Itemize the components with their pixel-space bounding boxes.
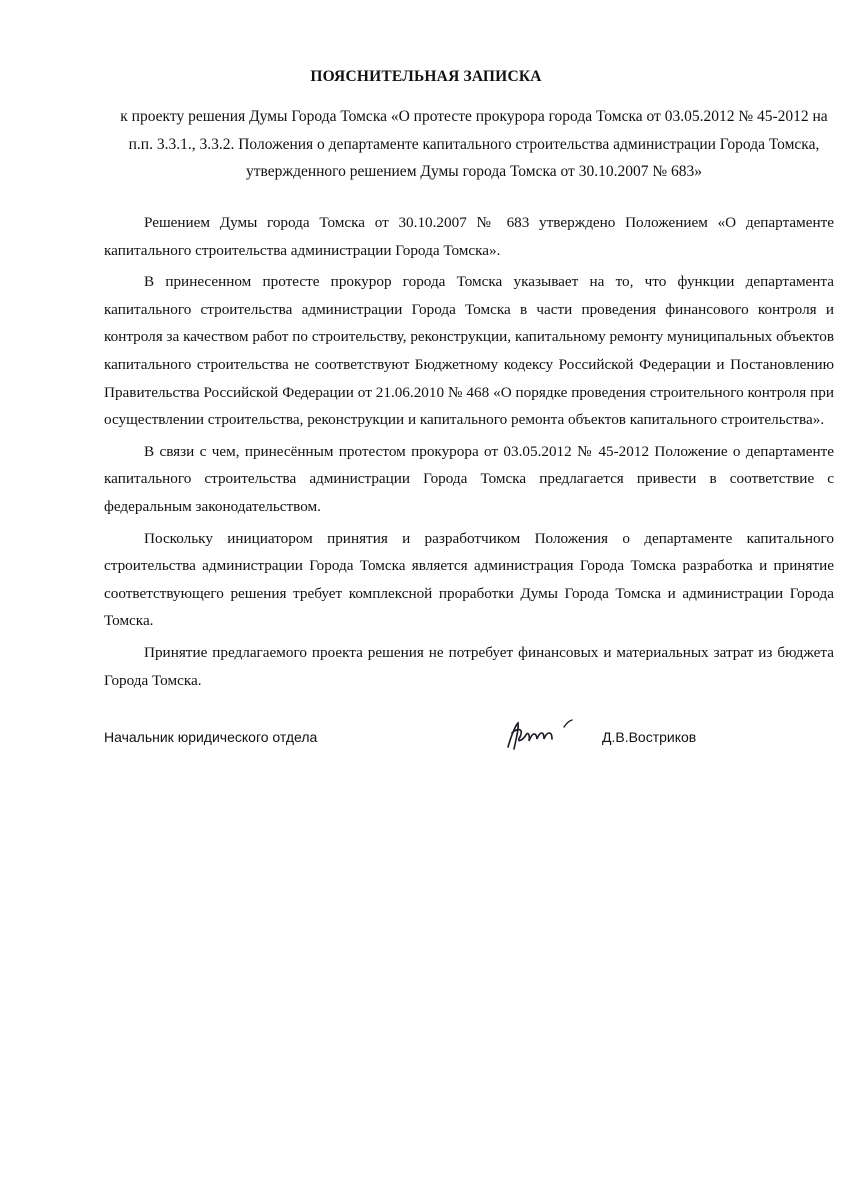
- signatory-name: Д.В.Востриков: [602, 729, 696, 745]
- paragraph: Поскольку инициатором принятия и разрабо…: [104, 525, 834, 635]
- document-body: Решением Думы города Томска от 30.10.200…: [104, 209, 834, 698]
- signature-icon: [502, 719, 582, 753]
- paragraph: В принесенном протесте прокурор города Т…: [104, 268, 834, 434]
- signature-block: Начальник юридического отдела Д.В.Востри…: [104, 723, 804, 753]
- paragraph: В связи с чем, принесённым протестом про…: [104, 438, 834, 521]
- paragraph: Принятие предлагаемого проекта решения н…: [104, 639, 834, 694]
- paragraph: Решением Думы города Томска от 30.10.200…: [104, 209, 834, 264]
- document-subtitle: к проекту решения Думы Города Томска «О …: [120, 103, 828, 186]
- document-title: ПОЯСНИТЕЛЬНАЯ ЗАПИСКА: [0, 68, 852, 86]
- document-page: ПОЯСНИТЕЛЬНАЯ ЗАПИСКА к проекту решения …: [0, 0, 852, 1199]
- signatory-position: Начальник юридического отдела: [104, 729, 317, 745]
